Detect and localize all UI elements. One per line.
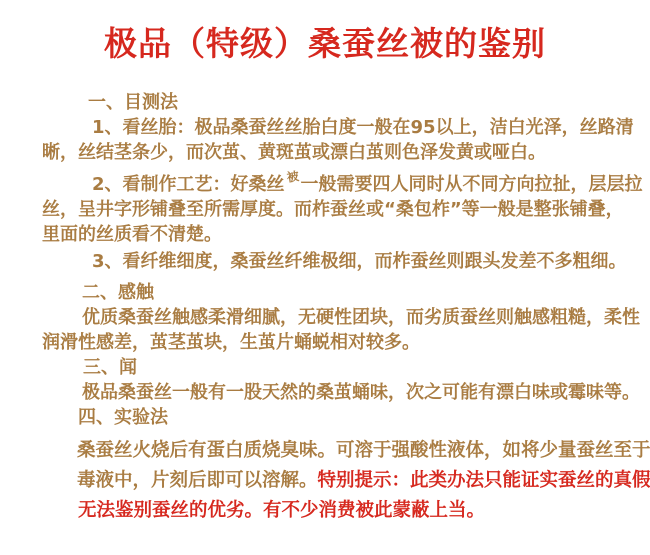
text-segment: 毒液中，片刻后即可以溶解。 — [77, 470, 318, 491]
paragraph-2-line-2: 丝，呈井字形铺叠至所需厚度。而柞蚕丝或“桑包柞”等一般是整张铺叠， — [42, 197, 632, 222]
text-segment: 2、看制作工艺：好桑丝 — [92, 174, 285, 195]
text-segment: 极品桑蚕丝一般有一股天然的桑茧蛹味，次之可能有漂白味或霉味等。 — [82, 382, 640, 403]
text-segment: 二、感触 — [82, 282, 154, 303]
page-title: 极品（特级）桑蚕丝被的鉴别 — [0, 24, 650, 64]
paragraph-5-line-1: 极品桑蚕丝一般有一股天然的桑茧蛹味，次之可能有漂白味或霉味等。 — [82, 380, 632, 405]
page: { "title": { "text": "极品（特级）桑蚕丝被的鉴别" }, … — [0, 0, 650, 555]
paragraph-6-line-3: 无法鉴别蚕丝的优劣。有不少消费被此蒙蔽上当。 — [78, 496, 632, 526]
text-segment: 润滑性感差，茧茎茧块，生茧片蛹蜕相对较多。 — [42, 332, 420, 353]
section-heading-2: 二、感触 — [82, 280, 632, 305]
text-segment: 丝，呈井字形铺叠至所需厚度。而柞蚕丝或“桑包柞”等一般是整张铺叠， — [42, 199, 624, 220]
paragraph-6-line-2: 毒液中，片刻后即可以溶解。特别提示：此类办法只能证实蚕丝的真假，而 — [77, 466, 632, 496]
text-segment: 一般需要四人同时从不同方向拉扯，层层拉 — [301, 174, 643, 195]
section-heading-3: 三、闻 — [83, 355, 632, 380]
section-heading-4: 四、实验法 — [78, 405, 632, 430]
section-heading-1: 一、目测法 — [88, 90, 632, 115]
document-body: 一、目测法1、看丝胎：极品桑蚕丝丝胎白度一般在95以上，洁白光泽，丝路清晰，丝结… — [0, 90, 650, 526]
text-segment: 1、看丝胎：极品桑蚕丝丝胎白度一般在95以上，洁白光泽，丝路清 — [92, 117, 634, 138]
text-segment: 3、看纤维细度，桑蚕丝纤维极细，而柞蚕丝则跟头发差不多粗细。 — [92, 251, 627, 272]
inserted-correction-char: 被 — [285, 164, 300, 190]
text-segment: 桑蚕丝火烧后有蛋白质烧臭味。可溶于强酸性液体，如将少量蚕丝至于84消 — [77, 440, 650, 461]
paragraph-2-line-3: 里面的丝质看不清楚。 — [42, 222, 632, 247]
text-segment: 晰，丝结茎条少，而次茧、黄斑茧或漂白茧则色泽发黄或哑白。 — [42, 142, 546, 163]
text-segment: 优质桑蚕丝触感柔滑细腻，无硬性团块，而劣质蚕丝则触感粗糙，柔性 — [82, 307, 640, 328]
paragraph-2-line-1: 2、看制作工艺：好桑丝被一般需要四人同时从不同方向拉扯，层层拉 — [92, 165, 632, 197]
text-segment: 里面的丝质看不清楚。 — [42, 224, 222, 245]
text-segment: 无法鉴别蚕丝的优劣。有不少消费被此蒙蔽上当。 — [78, 500, 485, 521]
text-segment: 特别提示：此类办法只能证实蚕丝的真假，而 — [318, 470, 650, 491]
text-segment: 三、闻 — [83, 357, 137, 378]
text-segment: 一、目测法 — [88, 92, 178, 113]
paragraph-3-line-1: 3、看纤维细度，桑蚕丝纤维极细，而柞蚕丝则跟头发差不多粗细。 — [92, 249, 632, 274]
paragraph-1-line-2: 晰，丝结茎条少，而次茧、黄斑茧或漂白茧则色泽发黄或哑白。 — [42, 140, 632, 165]
paragraph-4-line-1: 优质桑蚕丝触感柔滑细腻，无硬性团块，而劣质蚕丝则触感粗糙，柔性 — [82, 305, 632, 330]
text-segment: 四、实验法 — [78, 407, 168, 428]
paragraph-4-line-2: 润滑性感差，茧茎茧块，生茧片蛹蜕相对较多。 — [42, 330, 632, 355]
paragraph-6-line-1: 桑蚕丝火烧后有蛋白质烧臭味。可溶于强酸性液体，如将少量蚕丝至于84消 — [77, 436, 632, 466]
paragraph-1-line-1: 1、看丝胎：极品桑蚕丝丝胎白度一般在95以上，洁白光泽，丝路清 — [92, 115, 632, 140]
